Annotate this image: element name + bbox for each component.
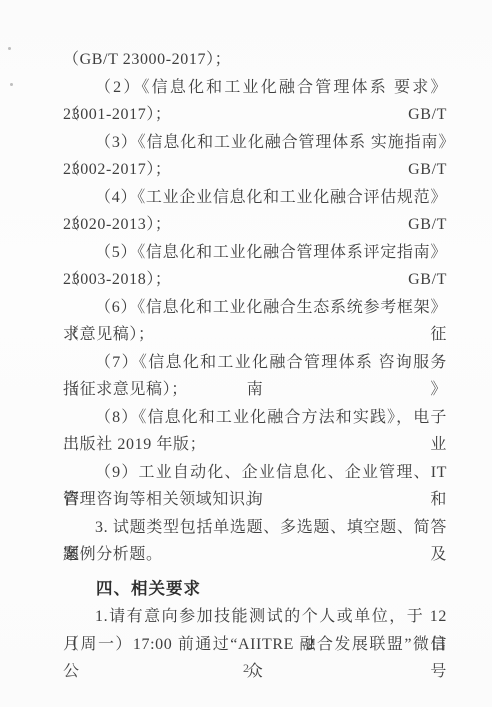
section-heading: 四、相关要求 <box>63 576 447 604</box>
scan-artifact-dot <box>10 83 13 86</box>
text-column: （GB/T 23000-2017）； （2）《信息化和工业化融合管理体系 要求》… <box>63 46 447 658</box>
document-page: （GB/T 23000-2017）； （2）《信息化和工业化融合管理体系 要求》… <box>0 0 492 707</box>
page-number: 2 <box>0 661 492 676</box>
text-line: 3. 试题类型包括单选题、多选题、填空题、简答题及 <box>63 514 447 542</box>
text-line: （5）《信息化和工业化融合管理体系评定指南》（GB/T <box>63 239 447 267</box>
text-line: （GB/T 23000-2017）； <box>63 46 447 74</box>
text-line: （周一）17:00 前通过“AIITRE 融合发展联盟”微信公众号 <box>63 631 447 659</box>
text-line: 1.请有意向参加技能测试的个人或单位，于 12 月 2 日 <box>63 603 447 631</box>
text-line: （6）《信息化和工业化融合生态系统参考框架》（征 <box>63 294 447 322</box>
text-line: （4）《工业企业信息化和工业化融合评估规范》（GB/T <box>63 184 447 212</box>
text-line: （9）工业自动化、企业信息化、企业管理、IT 咨询和 <box>63 459 447 487</box>
scan-artifact-dot <box>8 47 11 50</box>
text-line: （7）《信息化和工业化融合管理体系 咨询服务指南》 <box>63 349 447 377</box>
text-line: （3）《信息化和工业化融合管理体系 实施指南》（GB/T <box>63 129 447 157</box>
text-line: （2）《信息化和工业化融合管理体系 要求》（GB/T <box>63 74 447 102</box>
text-line: （8）《信息化和工业化融合方法和实践》，电子工业 <box>63 404 447 432</box>
